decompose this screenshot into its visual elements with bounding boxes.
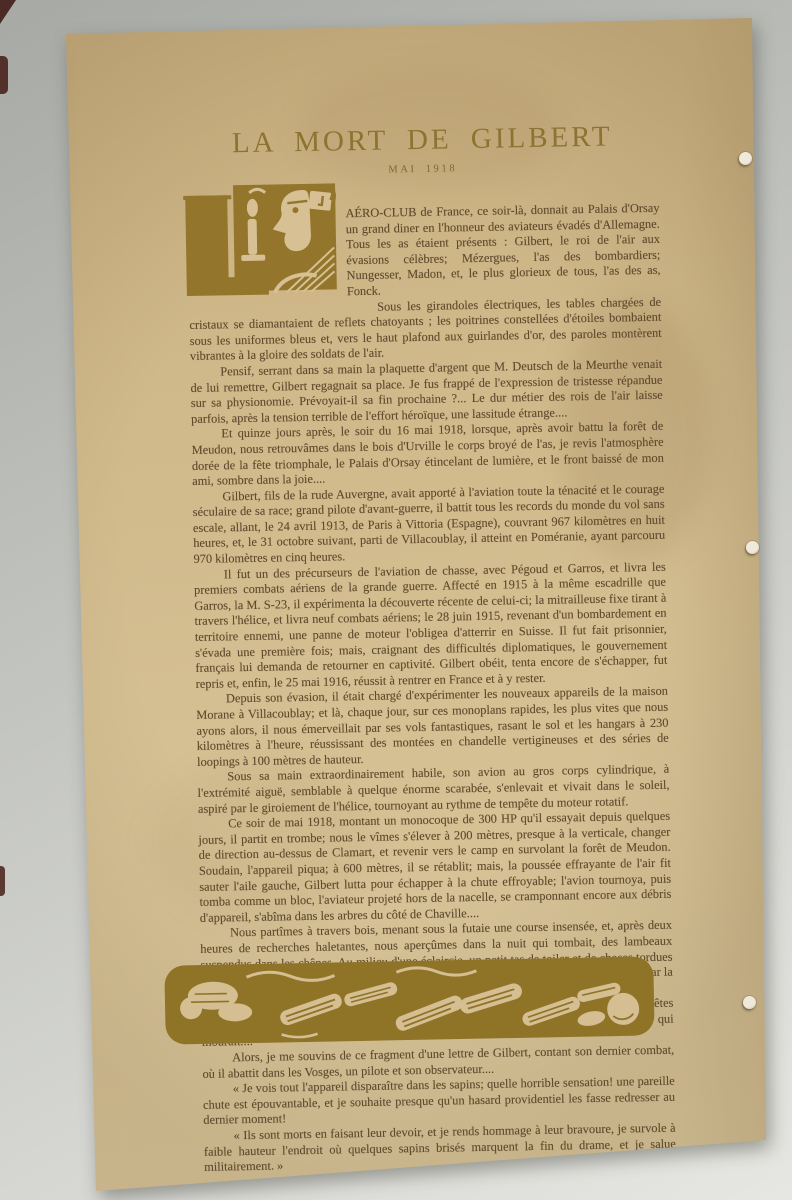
paper-shadow-wrap: LA MORT DE GILBERT MAI 1918 L' — [0, 0, 792, 1200]
page-subtitle: MAI 1918 — [187, 160, 659, 179]
paragraph-9: Ce soir de mai 1918, montant un monocoqu… — [198, 809, 672, 926]
woodcut-tailpiece-icon — [160, 951, 660, 1051]
photo-edge-mark — [0, 866, 5, 896]
paragraph-8: Sous sa main extraordinairement habile, … — [197, 762, 670, 817]
paragraph-6: Il fut un des précurseurs de l'aviation … — [194, 559, 668, 692]
paper-page: LA MORT DE GILBERT MAI 1918 L' — [0, 0, 792, 1200]
paragraph-2: Sous les girandoles électriques, les tab… — [189, 294, 662, 365]
paragraph-14: « Ils sont morts en faisant leur devoir,… — [203, 1121, 676, 1176]
paragraph-4: Et quinze jours après, le soir du 16 mai… — [191, 419, 664, 490]
paragraph-13: « Je vois tout l'appareil disparaître da… — [203, 1074, 676, 1129]
paragraph-3: Pensif, serrant dans sa main la plaquett… — [190, 357, 663, 428]
paragraph-5: Gilbert, fils de la rude Auvergne, avait… — [192, 481, 665, 567]
page-title: LA MORT DE GILBERT — [186, 120, 659, 161]
initial-letter-woodcut: L' — [181, 208, 337, 305]
punch-hole — [746, 541, 759, 554]
tailpiece-woodcut — [160, 951, 660, 1051]
paragraph-7: Depuis son évasion, il était chargé d'ex… — [196, 684, 669, 770]
photo-edge-mark — [0, 56, 8, 94]
punch-hole — [739, 152, 752, 165]
punch-hole — [743, 996, 756, 1009]
woodcut-initial-icon — [181, 181, 341, 306]
photo-backdrop: LA MORT DE GILBERT MAI 1918 L' — [0, 0, 792, 1200]
